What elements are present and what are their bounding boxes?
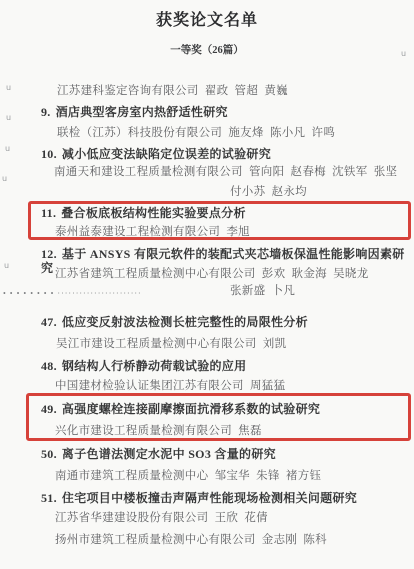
entry-number: 48.: [41, 359, 57, 373]
entry-title-text: 减小低应变法缺陷定位误差的试验研究: [62, 147, 271, 161]
entry-10-authors-continued: 付小苏 赵永均: [230, 185, 307, 199]
entry-number: 47.: [41, 315, 57, 329]
entry-12-authors-continued: 张新盛 卜凡: [230, 284, 295, 298]
entry-9-title: 9.酒店典型客房室内热舒适性研究: [41, 105, 228, 119]
entry-title-text: 高强度螺栓连接副摩擦面抗滑移系数的试验研究: [62, 402, 320, 416]
entry-51-affiliation: 江苏省华建建设股份有限公司 王欣 花倩: [55, 511, 268, 525]
entry-50-title: 50.离子色谱法测定水泥中 SO3 含量的研究: [41, 447, 276, 461]
entry-number: 9.: [41, 105, 51, 119]
entry-12-affiliation: 江苏省建筑工程质量检测中心有限公司 彭欢 耿金海 吴晓龙: [55, 267, 369, 281]
entry-47-title: 47.低应变反射波法检测长桩完整性的局限性分析: [41, 315, 308, 329]
edit-artifact-mark: u: [6, 84, 11, 92]
entry-51-affiliation-2: 扬州市建筑工程质量检测中心有限公司 金志刚 陈科: [55, 533, 327, 547]
entry-51-title: 51.住宅项目中楼板撞击声隔声性能现场检测相关问题研究: [41, 491, 357, 505]
edit-artifact-mark: u: [4, 262, 9, 270]
entry-title-text: 低应变反射波法检测长桩完整性的局限性分析: [62, 315, 308, 329]
entry-title-text: 叠合板底板结构性能实验要点分析: [61, 206, 246, 220]
entry-title-text: 离子色谱法测定水泥中 SO3 含量的研究: [62, 447, 276, 461]
entry-title-text: 住宅项目中楼板撞击声隔声性能现场检测相关问题研究: [62, 491, 357, 505]
entry-title-text: 钢结构人行桥静动荷载试验的应用: [62, 359, 247, 373]
page-title: 获奖论文名单: [0, 7, 414, 30]
entry-48-affiliation: 中国建材检验认证集团江苏有限公司 周猛猛: [55, 379, 285, 393]
entry-10-title: 10.减小低应变法缺陷定位误差的试验研究: [41, 147, 271, 161]
entry-11-title: 11.叠合板底板结构性能实验要点分析: [41, 206, 246, 220]
entry-50-affiliation: 南通市建筑工程质量检测中心 邹宝华 朱锋 褚方钰: [55, 469, 321, 483]
edit-artifact-mark: u: [401, 50, 406, 58]
edit-artifact-mark: u: [2, 175, 7, 183]
entry-47-affiliation: 吴江市建设工程质量检测中心有限公司 刘凯: [56, 337, 286, 351]
entry-number: 49.: [41, 402, 57, 416]
entry-affiliation: 江苏建科鉴定咨询有限公司 翟政 管超 黄巍: [57, 84, 288, 98]
dotted-artifact-line: • • • • • • • • ·······················: [3, 290, 142, 298]
entry-number: 10.: [41, 147, 57, 161]
edit-artifact-mark: u: [5, 145, 10, 153]
entry-49-title: 49.高强度螺栓连接副摩擦面抗滑移系数的试验研究: [41, 402, 320, 416]
edit-artifact-mark: u: [6, 114, 11, 122]
entry-title-text: 酒店典型客房室内热舒适性研究: [56, 105, 228, 119]
entry-number: 50.: [41, 447, 57, 461]
entry-10-affiliation: 南通天和建设工程质量检测有限公司 管向阳 赵春梅 沈铁军 张坚: [54, 165, 397, 179]
entry-49-affiliation: 兴化市建设工程质量检测有限公司 焦磊: [55, 424, 262, 438]
prize-tier-heading: 一等奖（26篇）: [0, 42, 414, 57]
award-paper-list-document: 获奖论文名单 一等奖（26篇） 江苏建科鉴定咨询有限公司 翟政 管超 黄巍 9.…: [0, 0, 414, 569]
entry-number: 12.: [41, 247, 57, 261]
entry-number: 11.: [41, 206, 56, 220]
entry-11-affiliation: 泰州益泰建设工程检测有限公司 李旭: [55, 225, 250, 239]
entry-48-title: 48.钢结构人行桥静动荷载试验的应用: [41, 359, 246, 373]
entry-number: 51.: [41, 491, 57, 505]
entry-9-affiliation: 联检（江苏）科技股份有限公司 施友烽 陈小凡 许鸣: [57, 126, 335, 140]
